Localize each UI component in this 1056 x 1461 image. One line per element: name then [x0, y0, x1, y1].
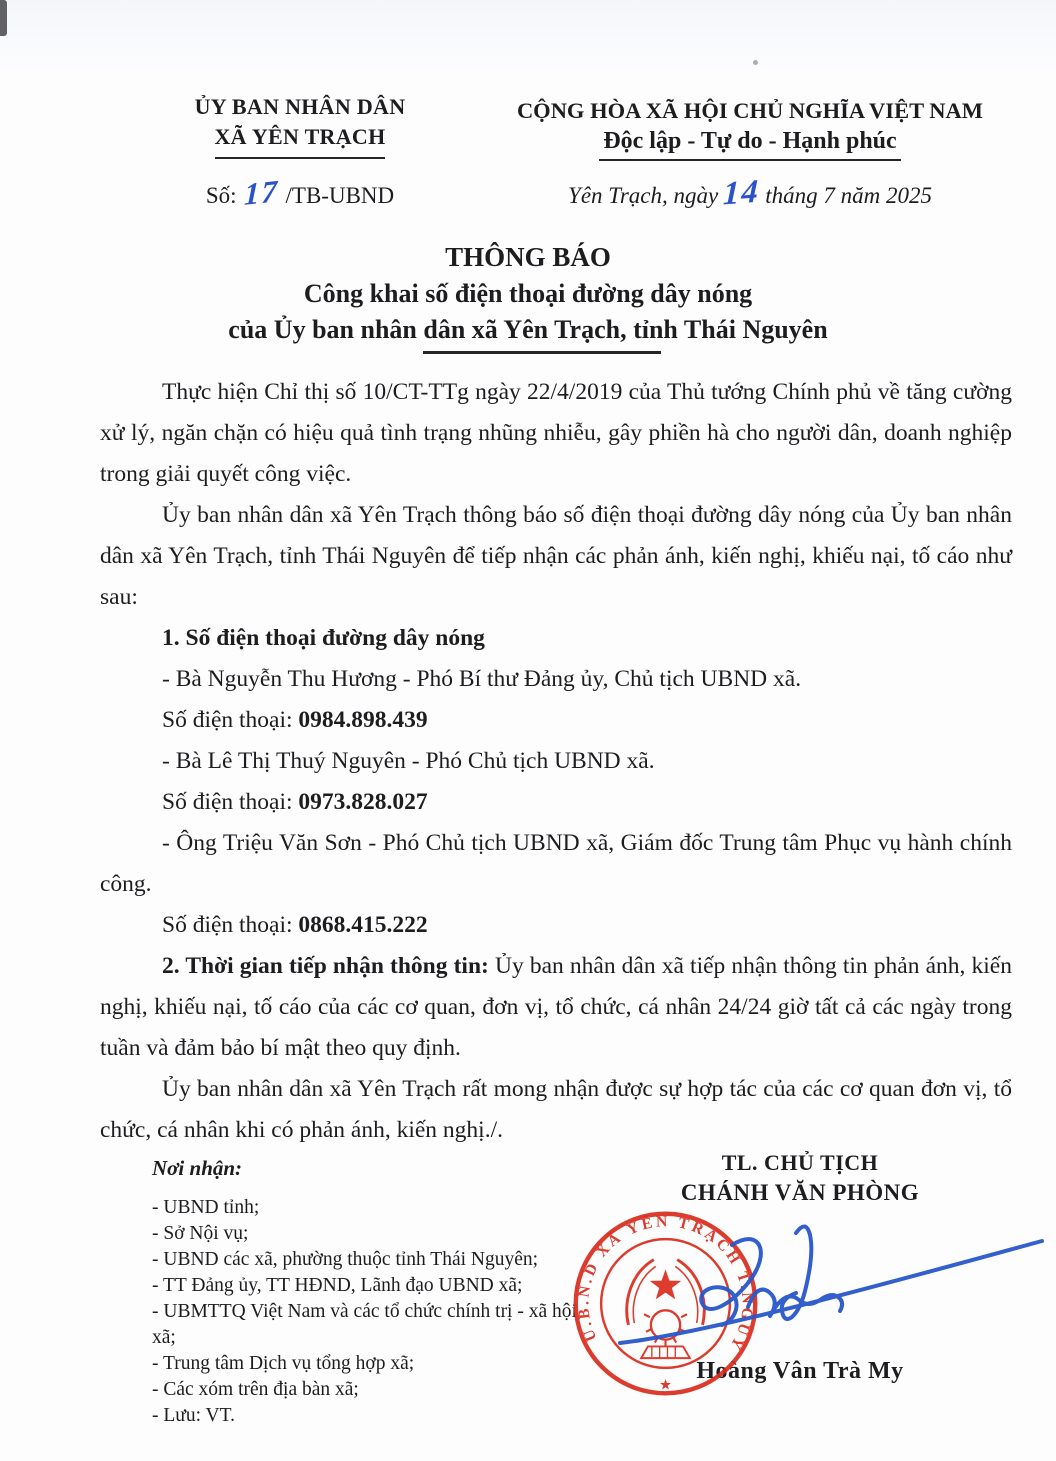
date-prefix: Yên Trạch, ngày	[568, 183, 718, 209]
paragraph-directive: Thực hiện Chỉ thị số 10/CT-TTg ngày 22/4…	[100, 372, 1012, 495]
document-page: ỦY BAN NHÂN DÂN XÃ YÊN TRẠCH Số: 17 /TB-…	[0, 0, 1056, 1461]
phone-label: Số điện thoại:	[162, 912, 293, 938]
issuing-authority-line1: ỦY BAN NHÂN DÂN	[150, 92, 450, 122]
document-number-handwritten: 17	[244, 191, 279, 195]
document-type-title: THÔNG BÁO	[0, 238, 1056, 276]
national-motto-block: CỘNG HÒA XÃ HỘI CHỦ NGHĨA VIỆT NAM Độc l…	[488, 96, 1012, 209]
recipient-item: - Sở Nội vụ;	[152, 1221, 604, 1247]
national-header: CỘNG HÒA XÃ HỘI CHỦ NGHĨA VIỆT NAM	[488, 96, 1012, 126]
recipient-item: - Các xóm trên địa bàn xã;	[152, 1377, 604, 1403]
scan-artifact-speck	[753, 60, 758, 65]
document-subject-line1: Công khai số điện thoại đường dây nóng	[0, 276, 1056, 312]
hotline3-phone-number: 0868.415.222	[298, 912, 427, 938]
hotline3-person: - Ông Triệu Văn Sơn - Phó Chủ tịch UBND …	[100, 823, 1012, 905]
issuing-authority-line2: XÃ YÊN TRẠCH	[150, 122, 450, 152]
hotline3-phone-line: Số điện thoại: 0868.415.222	[100, 905, 1012, 946]
hotline2-phone-number: 0973.828.027	[298, 789, 427, 815]
issuing-authority-rule	[215, 157, 385, 159]
place-date-line: Yên Trạch, ngày 14 tháng 7 năm 2025	[488, 183, 1012, 209]
hotline2-person: - Bà Lê Thị Thuý Nguyên - Phó Chủ tịch U…	[100, 741, 1012, 782]
hotline1-phone-number: 0984.898.439	[298, 707, 427, 733]
phone-label: Số điện thoại:	[162, 707, 293, 733]
document-body: Thực hiện Chỉ thị số 10/CT-TTg ngày 22/4…	[100, 372, 1012, 1151]
signer-authority-line: TL. CHỦ TỊCH	[620, 1148, 980, 1178]
section2-heading: 2. Thời gian tiếp nhận thông tin:	[162, 953, 489, 979]
title-rule	[423, 351, 661, 354]
recipient-item: - UBND các xã, phường thuộc tỉnh Thái Ng…	[152, 1247, 604, 1273]
recipient-item: - UBMTTQ Việt Nam và các tổ chức chính t…	[152, 1299, 604, 1351]
document-subject-line2: của Ủy ban nhân dân xã Yên Trạch, tỉnh T…	[0, 312, 1056, 348]
scan-artifact-corner	[0, 0, 7, 36]
stamp-bottom-star: ★	[659, 1377, 672, 1393]
handwritten-signature	[590, 1215, 1050, 1355]
paragraph-announcement: Ủy ban nhân dân xã Yên Trạch thông báo s…	[100, 495, 1012, 618]
recipient-item: - Lưu: VT.	[152, 1403, 604, 1429]
recipients-block: Nơi nhận: - UBND tỉnh; - Sở Nội vụ; - UB…	[152, 1156, 604, 1429]
recipient-item: - UBND tỉnh;	[152, 1195, 604, 1221]
document-number-suffix: /TB-UBND	[286, 183, 395, 209]
document-number-prefix: Số:	[206, 183, 237, 209]
national-motto: Độc lập - Tự do - Hạnh phúc	[599, 126, 900, 161]
issuing-authority-block: ỦY BAN NHÂN DÂN XÃ YÊN TRẠCH Số: 17 /TB-…	[150, 92, 450, 209]
date-suffix: tháng 7 năm 2025	[765, 183, 932, 209]
hotline2-phone-line: Số điện thoại: 0973.828.027	[100, 782, 1012, 823]
section1-heading: 1. Số điện thoại đường dây nóng	[100, 618, 1012, 659]
paragraph-closing: Ủy ban nhân dân xã Yên Trạch rất mong nh…	[100, 1069, 1012, 1151]
date-day-handwritten: 14	[723, 192, 760, 195]
recipient-item: - TT Đảng ủy, TT HĐND, Lãnh đạo UBND xã;	[152, 1273, 604, 1299]
section2-paragraph: 2. Thời gian tiếp nhận thông tin: Ủy ban…	[100, 946, 1012, 1069]
document-title-block: THÔNG BÁO Công khai số điện thoại đường …	[0, 238, 1056, 354]
recipient-item: - Trung tâm Dịch vụ tổng hợp xã;	[152, 1351, 604, 1377]
recipients-label: Nơi nhận:	[152, 1156, 604, 1181]
hotline1-person: - Bà Nguyễn Thu Hương - Phó Bí thư Đảng …	[100, 659, 1012, 700]
hotline1-phone-line: Số điện thoại: 0984.898.439	[100, 700, 1012, 741]
phone-label: Số điện thoại:	[162, 789, 293, 815]
document-number-line: Số: 17 /TB-UBND	[150, 183, 450, 209]
